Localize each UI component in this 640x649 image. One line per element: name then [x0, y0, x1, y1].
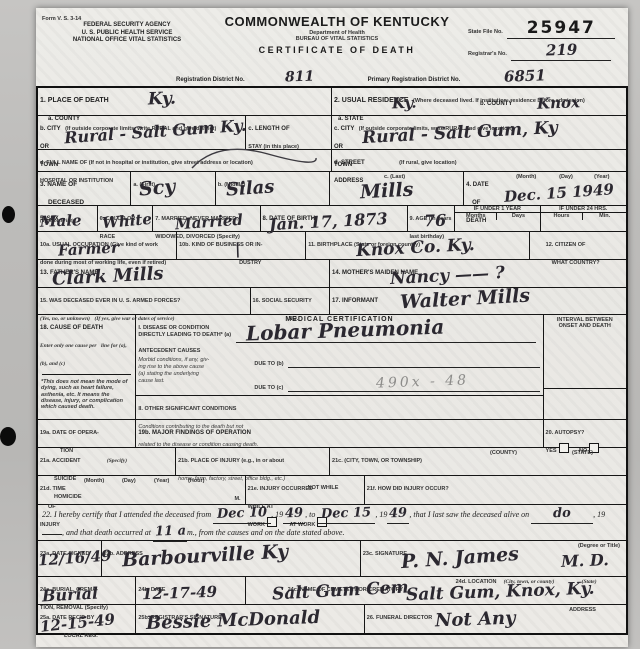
under-24-hrs-label: IF UNDER 24 HRS.: [541, 206, 626, 213]
state-title: COMMONWEALTH OF KENTUCKY: [212, 14, 462, 29]
registrar-signature-value: Bessie McDonald: [146, 609, 321, 633]
injury-county-label: (COUNTY): [490, 450, 517, 456]
agency-line-3: NATIONAL OFFICE VITAL STATISTICS: [42, 37, 212, 44]
certify-t4: , 19: [375, 510, 387, 519]
dob-value: Jan. 17, 1873: [268, 211, 387, 233]
birthplace-cell: 11. BIRTHPLACE (State or foreign country…: [306, 232, 529, 259]
injury-m-label: M.: [234, 496, 240, 502]
state-file-number: 25947: [527, 18, 596, 38]
state-file-label: State File No.: [468, 29, 503, 35]
ssn-label: 16. SOCIAL SECURITY: [253, 298, 312, 304]
row-cause-of-death: 18. CAUSE OF DEATH Enter only one cause …: [38, 315, 626, 420]
informant-label: 17. INFORMANT: [332, 298, 378, 304]
cemetery-cell: 24c. NAME OF CEMETERY OR CREMATORY 24d. …: [246, 577, 626, 604]
due-to-c-value: 490x - 48: [376, 373, 469, 390]
name-of-deceased-label: 3. NAME OF DECEASED (Type or Print): [38, 172, 131, 205]
business-label: 10b. KIND OF BUSINESS OR IN-: [179, 242, 262, 248]
how-injury-label: 21f. HOW DID INJURY OCCUR?: [367, 486, 449, 492]
dod-day-label: (Day): [559, 174, 573, 180]
months-label: Months: [455, 213, 497, 219]
date-signed-cell: 23a. DATE SIGNED 12/16/49: [38, 541, 102, 576]
burial-type-value: Burial: [42, 586, 99, 605]
disease-label2: DIRECTLY LEADING TO DEATH* (a): [138, 332, 234, 338]
cause-enter-note1: Enter only one cause per: [40, 343, 97, 349]
findings-cell: 19b. MAJOR FINDINGS OF OPERATION: [136, 420, 543, 447]
armed-forces-label: 15. WAS DECEASED EVER IN U. S. ARMED FOR…: [40, 298, 180, 304]
citizen-label: 12. CITIZEN OF: [546, 242, 586, 248]
certify-t5: , that I last saw the deceased: [409, 510, 501, 519]
funeral-address-label: ADDRESS: [569, 607, 596, 613]
father-cell: 13. FATHER'S NAME Clark Mills: [38, 260, 330, 287]
cause-of-death-label: 18. CAUSE OF DEATH: [40, 325, 103, 331]
certificate-form-table: 1. PLACE OF DEATH a. COUNTY Ky. b. CITY …: [36, 86, 628, 635]
date-received-label2: LOCAL REG.: [64, 633, 98, 639]
name-middle-cell: b. (Middle) Silas: [216, 172, 330, 205]
accident-cell: 21a. ACCIDENT (Specify) SUICIDE HOMICIDE: [38, 448, 176, 475]
row-registrar: 25a. DATE REC'D BY LOCAL REG. 12-15-49 2…: [38, 605, 626, 633]
certify-t6: , 19: [593, 510, 605, 519]
certify-t1: 22. I hereby certify that I attended the…: [42, 510, 211, 519]
certify-t5b: alive on: [504, 510, 530, 519]
certificate-header: Form V. S. 3-14 FEDERAL SECURITY AGENCY …: [36, 8, 628, 86]
place-of-injury-label: 21b. PLACE OF INJURY (e.g., in or about: [178, 458, 284, 464]
accident-specify: (Specify): [107, 458, 127, 464]
injury-hour-label: (Hour): [188, 478, 205, 484]
race-value: White: [101, 212, 152, 231]
ssn-cell: 16. SOCIAL SECURITY NO.: [251, 288, 330, 314]
informant-value: Walter Mills: [400, 287, 531, 313]
disease-label1: I. DISEASE OR CONDITION: [138, 325, 209, 331]
certify-to-year: 49: [389, 507, 408, 521]
cause-of-death-label-cell: 18. CAUSE OF DEATH Enter only one cause …: [38, 315, 136, 419]
mother-value: Nancy —— ?: [390, 265, 506, 288]
dob-cell: 8. DATE OF BIRTH Jan. 17, 1873: [261, 206, 408, 231]
autopsy-cell: 20. AUTOPSY? YES NO: [544, 420, 626, 447]
dod-month-label: (Month): [516, 174, 536, 180]
place-city-value: Rural - Salt Gum Ky.: [64, 118, 247, 147]
residence-city-value: Rural - Salt Gum, Ky: [362, 120, 559, 147]
row-place-residence: 1. PLACE OF DEATH a. COUNTY Ky. b. CITY …: [38, 88, 626, 172]
signature-cell: 23c. SIGNATURE (Degree or Title) P. N. J…: [361, 541, 626, 576]
degree-value: M. D.: [561, 552, 609, 570]
cemetery-value: Salt Gum Cem: [271, 579, 408, 603]
row-operation: 19a. DATE OF OPERA- TION 19b. MAJOR FIND…: [38, 420, 626, 448]
dod-value: Dec. 15 1949: [504, 182, 615, 205]
autopsy-label: 20. AUTOPSY?: [546, 430, 585, 436]
place-of-death-title: 1. PLACE OF DEATH: [40, 97, 109, 104]
bureau-line: BUREAU OF VITAL STATISTICS: [212, 36, 462, 42]
birthplace-value: Knox Co. Ky.: [356, 237, 476, 260]
injury-location-cell: 21c. (CITY, TOWN, OR TOWNSHIP) (COUNTY) …: [330, 448, 626, 475]
hours-label: Hours: [541, 213, 584, 219]
certify-alive-value: do: [553, 507, 571, 521]
certify-time-value: 11 a: [154, 524, 185, 538]
certify-t7: , and that death occurred at: [62, 528, 151, 537]
morbid-note1: Morbid conditions, if any, giv-: [138, 357, 209, 363]
name-last-cell: c. (Last) Mills: [330, 172, 464, 205]
under-1-year-cell: IF UNDER 1 YEAR Months Days: [455, 206, 540, 231]
last-name-value: Mills: [360, 181, 414, 203]
min-label: Min.: [583, 213, 626, 219]
age-cell: 9. AGE (In years last birthday) 76: [408, 206, 456, 231]
agency-line-2: U. S. PUBLIC HEALTH SERVICE: [42, 30, 212, 37]
date-of-operation-label: 19a. DATE OF OPERA-: [40, 430, 99, 436]
address-cell: 23b. ADDRESS Barbourville Ky: [102, 541, 361, 576]
accident-label: 21a. ACCIDENT: [40, 458, 80, 464]
hole-punch-top: [2, 206, 15, 223]
disease-value: Lobar Pneumonia: [246, 317, 445, 344]
time-of-injury-label: 21d. TIME: [40, 486, 66, 492]
sex-cell: 5. SEX Male: [38, 206, 98, 231]
length-of-stay-label: c. LENGTH OF: [248, 126, 289, 132]
occupation-value: Farmer: [58, 240, 119, 258]
row-stats: 5. SEX Male 6. COLOR OR RACE White 7. MA…: [38, 206, 626, 232]
row-burial: 24a. BURIAL, CREMA- TION, REMOVAL (Speci…: [38, 577, 626, 605]
certify-to-value: Dec 15: [321, 506, 372, 521]
dod-label: 4. DATE: [466, 182, 489, 188]
funeral-director-value: Not Any: [434, 610, 515, 631]
middle-name-value: Silas: [225, 178, 275, 199]
cause-footnote: *This does not mean the mode of dying, s…: [40, 379, 133, 411]
time-of-injury-cell: 21d. TIME (Month) (Day) (Year) (Hour) OF…: [38, 476, 246, 504]
sex-value: Male: [40, 213, 82, 229]
row-service: 15. WAS DECEASED EVER IN U. S. ARMED FOR…: [38, 288, 626, 315]
residence-county-label: b. COUNTY: [480, 101, 512, 108]
row-parents: 13. FATHER'S NAME Clark Mills 14. MOTHER…: [38, 260, 626, 288]
morbid-note4: cause last.: [138, 378, 164, 384]
degree-label: (Degree or Title): [578, 543, 620, 549]
injury-month-label: (Month): [84, 478, 104, 484]
not-while-label: NOT WHILE: [308, 485, 339, 491]
name-first-cell: a. (First) Scy: [131, 172, 215, 205]
certify-from-value: Dec 10: [217, 506, 268, 521]
date-of-operation-cell: 19a. DATE OF OPERA- TION: [38, 420, 136, 447]
other-conditions-label: II. OTHER SIGNIFICANT CONDITIONS: [138, 406, 236, 412]
residence-county-value: Knox: [537, 95, 580, 111]
business-cell: 10b. KIND OF BUSINESS OR IN- DUSTRY |: [177, 232, 306, 259]
date-of-death-cell: 4. DATE OF DEATH (Month) (Day) (Year) De…: [464, 172, 626, 205]
row-certify: 22. I hereby certify that I attended the…: [38, 505, 626, 541]
row-name-dod: 3. NAME OF DECEASED (Type or Print) a. (…: [38, 172, 626, 206]
burial-type-cell: 24a. BURIAL, CREMA- TION, REMOVAL (Speci…: [38, 577, 136, 604]
street-address-note: (If rural, give location): [399, 160, 456, 166]
armed-forces-cell: 15. WAS DECEASED EVER IN U. S. ARMED FOR…: [38, 288, 251, 314]
hole-punch-bottom: [0, 427, 16, 446]
mother-cell: 14. MOTHER'S MAIDEN NAME Nancy —— ?: [330, 260, 626, 287]
address-value: Barbourville Ky: [121, 543, 288, 571]
citizen-cell: 12. CITIZEN OF WHAT COUNTRY?: [530, 232, 626, 259]
county-value: Ky.: [148, 91, 176, 109]
due-to-c-label: DUE TO (c): [254, 385, 283, 391]
injury-year-label: (Year): [154, 478, 169, 484]
days-label: Days: [497, 213, 539, 219]
certify-statement: 22. I hereby certify that I attended the…: [38, 505, 626, 540]
row-injury-time: 21d. TIME (Month) (Day) (Year) (Hour) OF…: [38, 476, 626, 505]
interval-cell: INTERVAL BETWEEN ONSET AND DEATH: [544, 315, 626, 419]
business-value: |: [235, 242, 241, 257]
registration-district-value: 811: [284, 69, 314, 84]
first-name-value: Scy: [139, 177, 177, 199]
registrar-no-value: 219: [545, 42, 577, 58]
findings-label: 19b. MAJOR FINDINGS OF OPERATION: [138, 430, 251, 436]
burial-location-value: Salt Gum, Knox, Ky.: [405, 581, 594, 605]
under-1-year-label: IF UNDER 1 YEAR: [455, 206, 539, 213]
marital-value: Married: [175, 213, 244, 233]
row-signature: 23a. DATE SIGNED 12/16/49 23b. ADDRESS B…: [38, 541, 626, 577]
informant-cell: 17. INFORMANT Walter Mills: [330, 288, 626, 314]
primary-district-label: Primary Registration District No.: [368, 77, 461, 83]
place-of-injury-cell: 21b. PLACE OF INJURY (e.g., in or about …: [176, 448, 330, 475]
injury-day-label: (Day): [122, 478, 136, 484]
race-cell: 6. COLOR OR RACE White: [98, 206, 154, 231]
how-injury-cell: 21f. HOW DID INJURY OCCUR?: [365, 476, 626, 504]
residence-state-value: Ky.: [392, 96, 417, 112]
marital-cell: 7. MARRIED, NEVER MARRIED, WIDOWED, DIVO…: [153, 206, 260, 231]
registrar-no-label: Registrar's No.: [468, 51, 507, 57]
registration-district-label: Registration District No.: [176, 77, 245, 83]
injury-occurred-cell: 21e. INJURY OCCURRED WHILE AT NOT WHILE …: [246, 476, 365, 504]
residence-city-label: c. CITY: [334, 126, 354, 132]
burial-date-cell: 24b. DATE 12-17-49: [136, 577, 245, 604]
row-occupation: 10a. USUAL OCCUPATION (Give kind of work…: [38, 232, 626, 260]
certificate-title: CERTIFICATE OF DEATH: [212, 45, 462, 55]
injury-occurred-label: 21e. INJURY OCCURRED: [248, 486, 313, 492]
medical-certification-cell: MEDICAL CERTIFICATION I. DISEASE OR COND…: [136, 315, 543, 419]
occupation-cell: 10a. USUAL OCCUPATION (Give kind of work…: [38, 232, 177, 259]
agency-line-1: FEDERAL SECURITY AGENCY: [42, 22, 212, 29]
signature-value: P. N. James: [400, 545, 519, 572]
city-label: b. CITY: [40, 126, 61, 132]
dod-year-label: (Year): [594, 174, 609, 180]
morbid-note3: (a) stating the underlying: [138, 371, 199, 377]
interval-label2: ONSET AND DEATH: [544, 323, 626, 329]
injury-city-label: 21c. (CITY, TOWN, OR TOWNSHIP): [332, 458, 422, 464]
morbid-note2: ing rise to the above cause: [138, 364, 204, 370]
certify-from-year: 49: [285, 507, 304, 521]
primary-district-value: 6851: [504, 68, 546, 84]
death-certificate: Form V. S. 3-14 FEDERAL SECURITY AGENCY …: [36, 8, 628, 647]
date-received-cell: 25a. DATE REC'D BY LOCAL REG. 12-15-49: [38, 605, 136, 633]
under-24-hrs-cell: IF UNDER 24 HRS. Hours Min.: [541, 206, 626, 231]
certify-t2: , 19: [271, 510, 283, 519]
burial-date-value: 12-17-49: [142, 585, 218, 603]
certify-t3: , to: [305, 510, 315, 519]
due-to-b-label: DUE TO (b): [254, 361, 283, 367]
street-address-label: d. STREET: [334, 160, 365, 166]
section-usual-residence: 2. USUAL RESIDENCE (Where deceased lived…: [332, 88, 626, 171]
certify-t8: m., from the causes and on the date stat…: [187, 528, 344, 537]
row-injury-place: 21a. ACCIDENT (Specify) SUICIDE HOMICIDE…: [38, 448, 626, 476]
section-place-of-death: 1. PLACE OF DEATH a. COUNTY Ky. b. CITY …: [38, 88, 332, 171]
funeral-director-cell: 26. FUNERAL DIRECTOR ADDRESS Not Any: [365, 605, 626, 633]
registrar-signature-cell: 25b. REGISTRAR'S SIGNATURE Bessie McDona…: [136, 605, 364, 633]
father-value: Clark Mills: [52, 265, 164, 289]
funeral-director-label: 26. FUNERAL DIRECTOR: [367, 615, 433, 621]
pen-flourish-mark: [188, 146, 318, 172]
injury-state-label: (STATE): [572, 450, 593, 456]
age-value: 76: [423, 213, 446, 230]
name-label2: DECEASED: [48, 199, 84, 206]
